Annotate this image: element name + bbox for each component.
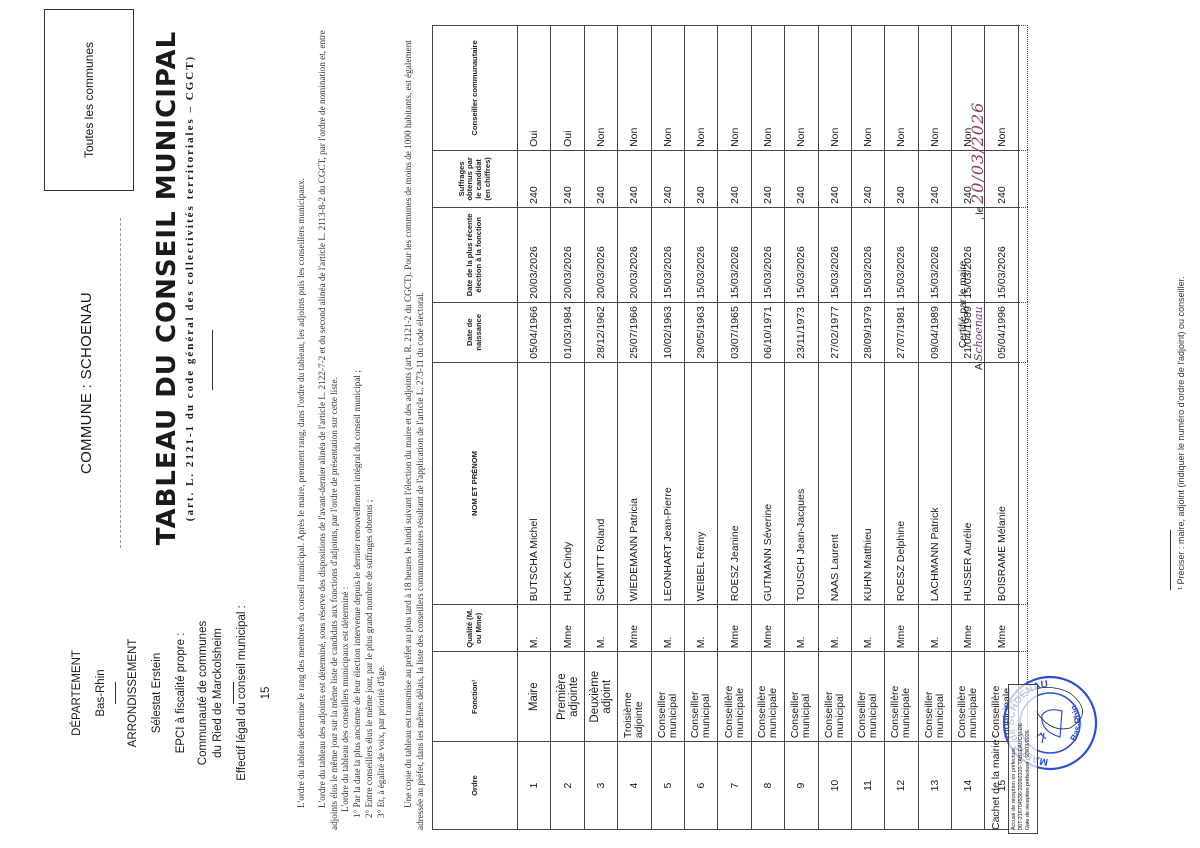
cell-qualite: M. <box>785 605 818 652</box>
cell-ordre: 1 <box>518 742 551 830</box>
cell-election: 20/03/2026 <box>618 207 651 302</box>
table-row: 3Deuxième adjointM.SCHMITT Roland28/12/1… <box>584 26 617 830</box>
cell-suffrages: 240 <box>518 150 551 207</box>
cell-fonction: Conseillère municipale <box>885 652 918 742</box>
cell-election: 15/03/2026 <box>851 207 884 302</box>
cell-fonction: Conseiller municipal <box>851 652 884 742</box>
dotted-line <box>120 218 121 548</box>
cell-suffrages: 240 <box>551 150 584 207</box>
cell-qualite: Mme <box>751 605 784 652</box>
note-paragraph: 3° Et, à égalité de voix, par priorité d… <box>376 18 388 830</box>
prefecture-receipt: Accusé de réception en préfecture 067-21… <box>1008 684 1038 834</box>
table-row: 6Conseiller municipalM.WEIBEL Rémy29/05/… <box>684 26 717 830</box>
epci-value: Communauté de communes du Ried de Marcko… <box>196 618 227 768</box>
cell-qualite: Mme <box>718 605 751 652</box>
cell-communautaire: Non <box>851 26 884 151</box>
cell-empty <box>1018 26 1027 151</box>
place-prefix: A <box>974 364 985 370</box>
table-header-row: Ordre Fonction¹ Qualité (M. ou Mme) NOM … <box>433 26 518 830</box>
table-row: 7Conseillère municipaleMmeROESZ Jeanine0… <box>718 26 751 830</box>
note-paragraph: 2° Entre conseillers élus le même jour, … <box>364 18 376 830</box>
col-header-election: Date de la plus récente élection à la fo… <box>433 207 518 302</box>
cell-nom: BUTSCHA Michel <box>518 362 551 605</box>
cell-ordre: 9 <box>785 742 818 830</box>
cell-empty <box>1018 207 1027 302</box>
effectif-block: Effectif légal du conseil municipal : 15 <box>236 578 272 808</box>
table-row: 12Conseillère municipaleMmeROESZ Delphin… <box>885 26 918 830</box>
col-header-suffrages: Suffrages obtenus par le candidat (en ch… <box>433 150 518 207</box>
divider <box>233 682 234 704</box>
cell-nom: BOISRAME Mélanie <box>985 362 1018 605</box>
cell-fonction: Maire <box>518 652 551 742</box>
cell-empty <box>1018 605 1027 652</box>
cell-election: 20/03/2026 <box>551 207 584 302</box>
cell-naissance: 05/04/1966 <box>518 302 551 362</box>
cell-naissance: 06/10/1971 <box>751 302 784 362</box>
note-paragraph: L'ordre du tableau des adjoints est déte… <box>317 18 341 830</box>
cell-fonction: Conseillère municipale <box>751 652 784 742</box>
cell-ordre: 12 <box>885 742 918 830</box>
cell-nom: LEONHART Jean-Pierre <box>651 362 684 605</box>
admin-header: DÉPARTEMENT Bas-Rhin ARRONDISSEMENT Séle… <box>70 578 240 808</box>
table-row: 9Conseiller municipalM.TOUSCH Jean-Jacqu… <box>785 26 818 830</box>
note-paragraph: L'ordre du tableau détermine le rang des… <box>296 18 308 830</box>
cell-communautaire: Non <box>818 26 851 151</box>
departement-label: DÉPARTEMENT <box>70 578 86 808</box>
cell-fonction: Conseillère municipale <box>718 652 751 742</box>
cell-communautaire: Non <box>885 26 918 151</box>
svg-text:Bas-Rhin: Bas-Rhin <box>1068 703 1083 742</box>
table-row: 8Conseillère municipaleMmeGUTMANN Séveri… <box>751 26 784 830</box>
cell-fonction: Conseillère municipale <box>952 652 985 742</box>
cell-qualite: M. <box>584 605 617 652</box>
cell-nom: KUHN Matthieu <box>851 362 884 605</box>
cell-communautaire: Non <box>985 26 1018 151</box>
cell-ordre: 4 <box>618 742 651 830</box>
cell-suffrages: 240 <box>618 150 651 207</box>
cell-ordre: 5 <box>651 742 684 830</box>
col-header-nom: NOM ET PRÉNOM <box>433 362 518 605</box>
cell-election: 15/03/2026 <box>885 207 918 302</box>
cell-nom: WEIBEL Rémy <box>684 362 717 605</box>
cell-nom: ROESZ Delphine <box>885 362 918 605</box>
receipt-line: 067-216704536-20260320-TABLEAUCM-DE <box>1018 688 1025 830</box>
col-header-communautaire: Conseiller communautaire <box>433 26 518 151</box>
table-row: 10Conseiller municipalM.NAAS Laurent27/0… <box>818 26 851 830</box>
cell-communautaire: Non <box>918 26 951 151</box>
table-row: 1MaireM.BUTSCHA Michel05/04/196620/03/20… <box>518 26 551 830</box>
certification-label: Certifié par le maire, <box>958 228 969 348</box>
cell-election: 15/03/2026 <box>718 207 751 302</box>
cell-fonction: Deuxième adjoint <box>584 652 617 742</box>
cell-qualite: M. <box>651 605 684 652</box>
certification-date: , le 20/03/2026 <box>968 102 987 220</box>
table-row: 2Première adjointeMmeHUCK Cindy01/03/198… <box>551 26 584 830</box>
cell-communautaire: Oui <box>518 26 551 151</box>
cell-communautaire: Oui <box>551 26 584 151</box>
scope-box: Toutes les communes <box>44 9 134 191</box>
cell-nom: NAAS Laurent <box>818 362 851 605</box>
note-paragraph: L'ordre du tableau des conseillers munic… <box>340 18 352 830</box>
cell-qualite: Mme <box>618 605 651 652</box>
divider <box>212 330 213 390</box>
cell-ordre: 7 <box>718 742 751 830</box>
cell-naissance: 25/07/1966 <box>618 302 651 362</box>
cell-nom: GUTMANN Séverine <box>751 362 784 605</box>
cell-communautaire: Non <box>718 26 751 151</box>
table-row: 11Conseiller municipalM.KUHN Matthieu28/… <box>851 26 884 830</box>
cell-election: 15/03/2026 <box>985 207 1018 302</box>
cell-qualite: Mme <box>952 605 985 652</box>
cell-election: 15/03/2026 <box>651 207 684 302</box>
cell-election: 20/03/2026 <box>518 207 551 302</box>
divider <box>1170 530 1171 590</box>
cell-election: 15/03/2026 <box>785 207 818 302</box>
legal-notes: L'ordre du tableau détermine le rang des… <box>296 18 427 830</box>
cell-qualite: Mme <box>985 605 1018 652</box>
cell-qualite: M. <box>918 605 951 652</box>
cell-suffrages: 240 <box>985 150 1018 207</box>
cell-suffrages: 240 <box>751 150 784 207</box>
cell-qualite: M. <box>818 605 851 652</box>
note-paragraph: 1° Par la date la plus ancienne de leur … <box>352 18 364 830</box>
cell-ordre: 3 <box>584 742 617 830</box>
cell-fonction: Conseiller municipal <box>651 652 684 742</box>
col-header-ordre: Ordre <box>433 742 518 830</box>
council-table: Ordre Fonction¹ Qualité (M. ou Mme) NOM … <box>432 25 1028 830</box>
handwritten-date: 20/03/2026 <box>968 102 987 204</box>
cell-qualite: M. <box>684 605 717 652</box>
cell-nom: ROESZ Jeanine <box>718 362 751 605</box>
cell-ordre: 10 <box>818 742 851 830</box>
commune-name: COMMUNE : SCHOENAU <box>78 218 95 548</box>
cell-suffrages: 240 <box>718 150 751 207</box>
cell-suffrages: 240 <box>818 150 851 207</box>
cell-empty <box>1018 150 1027 207</box>
cell-ordre: 2 <box>551 742 584 830</box>
document-page: DÉPARTEMENT Bas-Rhin ARRONDISSEMENT Séle… <box>0 0 1200 848</box>
cell-qualite: Mme <box>551 605 584 652</box>
cell-election: 15/03/2026 <box>684 207 717 302</box>
cell-nom: SCHMITT Roland <box>584 362 617 605</box>
handwritten-place: Schoenau <box>972 306 985 361</box>
cell-naissance: 01/03/1984 <box>551 302 584 362</box>
cell-nom: WIEDEMANN Patricia <box>618 362 651 605</box>
cell-naissance: 09/04/1989 <box>918 302 951 362</box>
page-subtitle: (art. L. 2121-1 du code général des coll… <box>184 18 196 558</box>
cell-nom: HUCK Cindy <box>551 362 584 605</box>
cell-suffrages: 240 <box>885 150 918 207</box>
receipt-line: Accusé de réception en préfecture <box>1011 688 1018 830</box>
page-title: TABLEAU DU CONSEIL MUNICIPAL <box>152 18 182 558</box>
divider <box>115 682 116 704</box>
cell-empty <box>1018 362 1027 605</box>
col-header-fonction: Fonction¹ <box>433 652 518 742</box>
cell-fonction: Conseiller municipal <box>818 652 851 742</box>
cell-communautaire: Non <box>651 26 684 151</box>
cell-naissance: 10/02/1963 <box>651 302 684 362</box>
arrondissement-value: Sélestat Erstein <box>150 578 166 808</box>
cell-naissance: 27/02/1977 <box>818 302 851 362</box>
cell-qualite: M. <box>851 605 884 652</box>
cell-ordre: 11 <box>851 742 884 830</box>
cell-nom: LACHMANN Patrick <box>918 362 951 605</box>
table-row: 5Conseiller municipalM.LEONHART Jean-Pie… <box>651 26 684 830</box>
cell-suffrages: 240 <box>851 150 884 207</box>
effectif-value: 15 <box>260 578 272 808</box>
cell-ordre: 14 <box>952 742 985 830</box>
cell-communautaire: Non <box>684 26 717 151</box>
cell-naissance: 29/05/1963 <box>684 302 717 362</box>
cell-election: 15/03/2026 <box>818 207 851 302</box>
departement-value: Bas-Rhin <box>94 578 110 808</box>
cell-fonction: Conseiller municipal <box>684 652 717 742</box>
cell-empty <box>1018 302 1027 362</box>
cell-naissance: 03/07/1965 <box>718 302 751 362</box>
cell-communautaire: Non <box>785 26 818 151</box>
cell-suffrages: 240 <box>684 150 717 207</box>
date-prefix: , le <box>975 207 986 220</box>
cell-naissance: 05/04/1996 <box>985 302 1018 362</box>
footnote: ¹ Préciser : maire, adjoint (indiquer le… <box>1176 276 1186 590</box>
cell-ordre: 6 <box>684 742 717 830</box>
cell-suffrages: 240 <box>918 150 951 207</box>
cell-qualite: Mme <box>885 605 918 652</box>
cell-communautaire: Non <box>618 26 651 151</box>
cell-nom: TOUSCH Jean-Jacques <box>785 362 818 605</box>
certification-place: A Schoenau <box>972 306 985 370</box>
note-paragraph: Une copie du tableau est transmise au pr… <box>403 18 427 830</box>
cell-fonction: Première adjointe <box>551 652 584 742</box>
cell-election: 20/03/2026 <box>584 207 617 302</box>
cell-qualite: M. <box>518 605 551 652</box>
cell-ordre: 13 <box>918 742 951 830</box>
receipt-line: Date de réception préfecture : 23/03/202… <box>1025 688 1032 830</box>
cell-naissance: 28/12/1962 <box>584 302 617 362</box>
cell-fonction: Conseiller municipal <box>785 652 818 742</box>
cell-election: 15/03/2026 <box>918 207 951 302</box>
effectif-label: Effectif légal du conseil municipal : <box>236 578 248 808</box>
cell-suffrages: 240 <box>584 150 617 207</box>
col-header-naissance: Date de naissance <box>433 302 518 362</box>
cell-suffrages: 240 <box>651 150 684 207</box>
cell-communautaire: Non <box>751 26 784 151</box>
cell-naissance: 27/07/1981 <box>885 302 918 362</box>
scope-box-label: Toutes les communes <box>82 42 96 158</box>
arrondissement-label: ARRONDISSEMENT <box>126 578 142 808</box>
epci-label: EPCI à fiscalité propre : <box>174 578 190 808</box>
cell-ordre: 8 <box>751 742 784 830</box>
cell-fonction: Troisième adjointe <box>618 652 651 742</box>
table-row: 4Troisième adjointeMmeWIEDEMANN Patricia… <box>618 26 651 830</box>
cell-election: 15/03/2026 <box>751 207 784 302</box>
cell-suffrages: 240 <box>785 150 818 207</box>
col-header-qualite: Qualité (M. ou Mme) <box>433 605 518 652</box>
cell-naissance: 23/11/1973 <box>785 302 818 362</box>
cell-fonction: Conseiller municipal <box>918 652 951 742</box>
cell-communautaire: Non <box>584 26 617 151</box>
cell-naissance: 28/09/1979 <box>851 302 884 362</box>
cell-nom: HUSSER Aurélie <box>952 362 985 605</box>
table-row: 13Conseiller municipalM.LACHMANN Patrick… <box>918 26 951 830</box>
